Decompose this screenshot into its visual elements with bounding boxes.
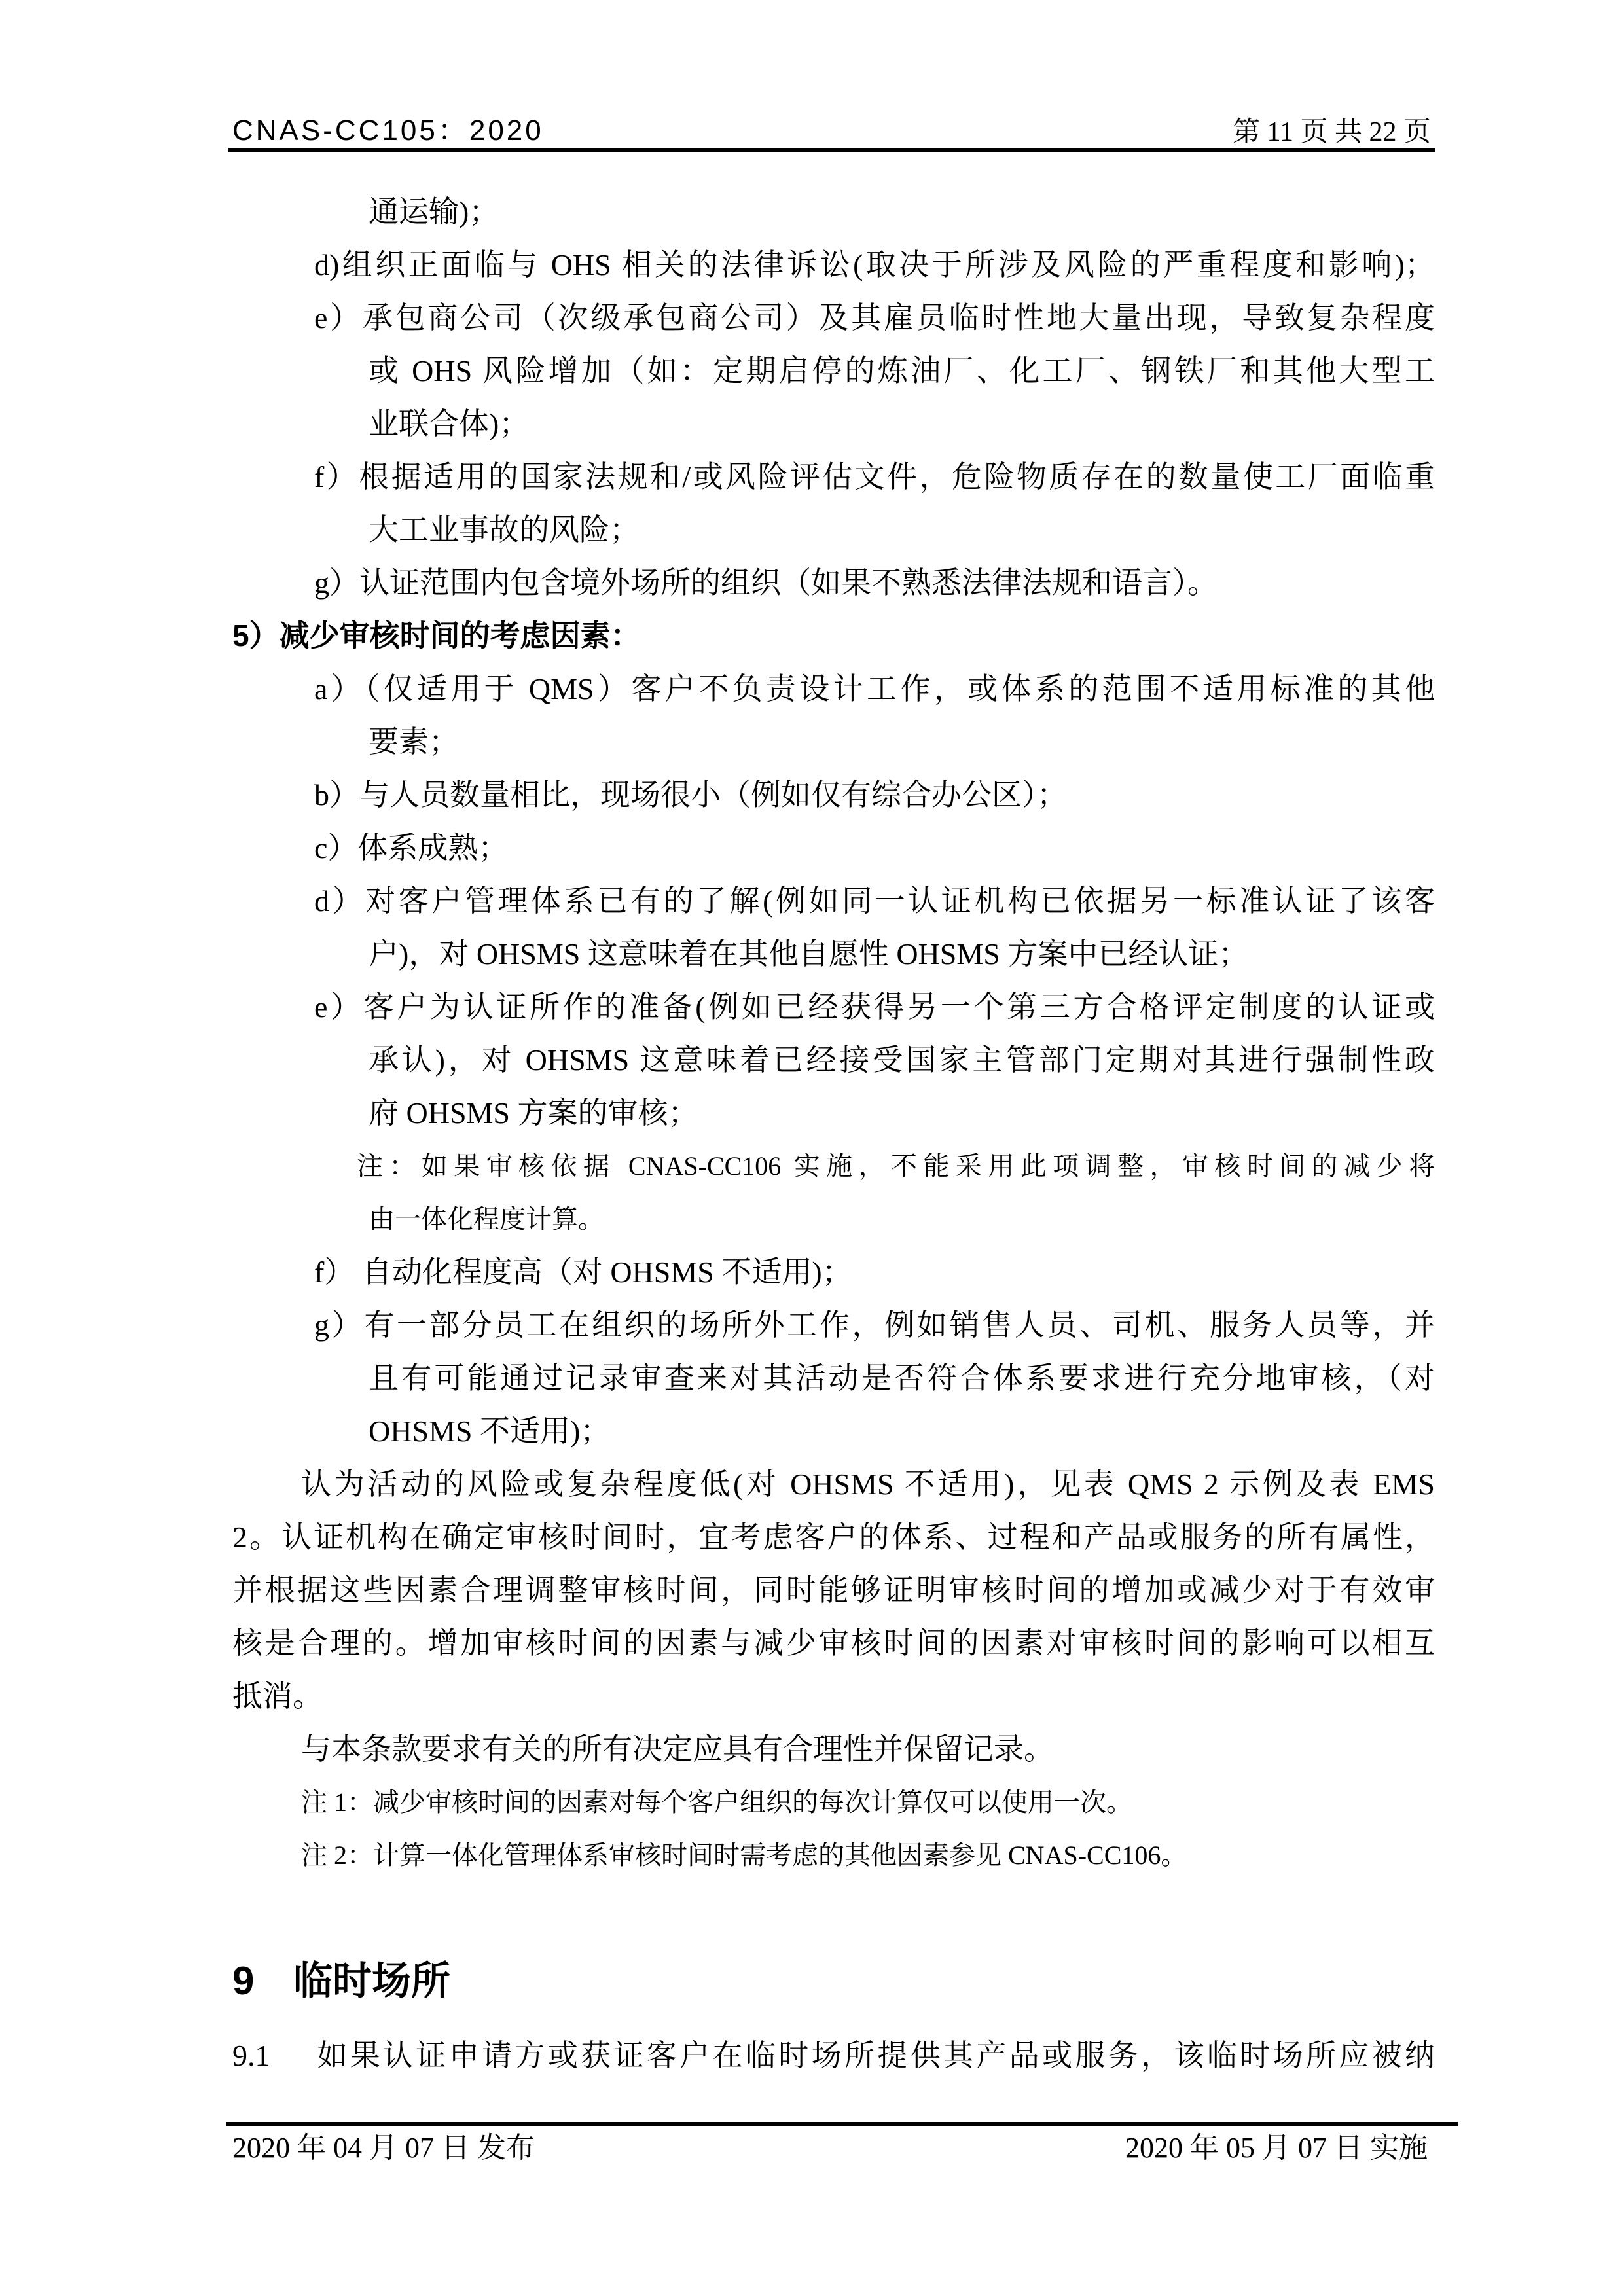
section-title: 临时场所 [293, 1959, 450, 2003]
text-line: g）有一部分员工在组织的场所外工作，例如销售人员、司机、服务人员等，并 [232, 1299, 1435, 1352]
footer-implement-date: 2020 年 05 月 07 日 实施 [1125, 2128, 1428, 2168]
text-line: 注 1：减少审核时间的因素对每个客户组织的每次计算仅可以使用一次。 [232, 1776, 1435, 1829]
text-line: 要素； [232, 715, 1435, 768]
text-line: 或 OHS 风险增加（如：定期启停的炼油厂、化工厂、钢铁厂和其他大型工 [232, 344, 1435, 397]
clause-9-1: 9.1如果认证申请方或获证客户在临时场所提供其产品或服务，该临时场所应被纳 [232, 2029, 1435, 2082]
text-line: 注：如果审核依据 CNAS-CC106 实施，不能采用此项调整，审核时间的减少将 [232, 1139, 1435, 1193]
text-line: d)组织正面临与 OHS 相关的法律诉讼(取决于所涉及风险的严重程度和影响)； [232, 238, 1435, 291]
text-line: b）与人员数量相比，现场很小（例如仅有综合办公区）； [232, 768, 1435, 821]
footer-rule [226, 2122, 1458, 2126]
text-line: 且有可能通过记录审查来对其活动是否符合体系要求进行充分地审核，（对 [232, 1352, 1435, 1405]
text-line: f）根据适用的国家法规和/或风险评估文件，危险物质存在的数量使工厂面临重 [232, 450, 1435, 503]
text-line: g）认证范围内包含境外场所的组织（如果不熟悉法律法规和语言）。 [232, 556, 1435, 609]
text-line: 通运输)； [232, 185, 1435, 238]
header-page-info: 第 11 页 共 22 页 [1233, 115, 1431, 149]
footer-issue-date: 2020 年 04 月 07 日 发布 [232, 2128, 535, 2168]
text-line: 注 2：计算一体化管理体系审核时间时需考虑的其他因素参见 CNAS-CC106。 [232, 1829, 1435, 1882]
header-doc-number: CNAS-CC105：2020 [232, 113, 544, 149]
text-line: 认为活动的风险或复杂程度低(对 OHSMS 不适用)，见表 QMS 2 示例及表… [232, 1458, 1435, 1511]
text-line: 与本条款要求有关的所有决定应具有合理性并保留记录。 [232, 1723, 1435, 1776]
text-line: 承认)，对 OHSMS 这意味着已经接受国家主管部门定期对其进行强制性政 [232, 1033, 1435, 1086]
text-line: c）体系成熟； [232, 821, 1435, 874]
section-heading: 9临时场所 [232, 1952, 450, 2011]
text-line: 业联合体)； [232, 397, 1435, 450]
text-line: 5）减少审核时间的考虑因素： [232, 609, 1435, 662]
text-line: 抵消。 [232, 1670, 1435, 1723]
text-line: 并根据这些因素合理调整审核时间，同时能够证明审核时间的增加或减少对于有效审 [232, 1564, 1435, 1617]
text-line: e）承包商公司（次级承包商公司）及其雇员临时性地大量出现，导致复杂程度 [232, 291, 1435, 344]
section-number: 9 [232, 1952, 293, 2011]
text-line: f） 自动化程度高（对 OHSMS 不适用)； [232, 1246, 1435, 1299]
text-line: OHSMS 不适用)； [232, 1405, 1435, 1458]
text-line: e）客户为认证所作的准备(例如已经获得另一个第三方合格评定制度的认证或 [232, 980, 1435, 1033]
text-line: 大工业事故的风险； [232, 503, 1435, 556]
text-line: d）对客户管理体系已有的了解(例如同一认证机构已依据另一标准认证了该客 [232, 874, 1435, 927]
text-line: 核是合理的。增加审核时间的因素与减少审核时间的因素对审核时间的影响可以相互 [232, 1617, 1435, 1670]
header-rule [228, 148, 1435, 152]
clause-number: 9.1 [232, 2029, 314, 2082]
text-line: 2。认证机构在确定审核时间时，宜考虑客户的体系、过程和产品或服务的所有属性， [232, 1511, 1435, 1564]
clause-text: 如果认证申请方或获证客户在临时场所提供其产品或服务，该临时场所应被纳 [314, 2039, 1435, 2072]
text-line: a）（仅适用于 QMS）客户不负责设计工作，或体系的范围不适用标准的其他 [232, 662, 1435, 715]
text-line: 户)，对 OHSMS 这意味着在其他自愿性 OHSMS 方案中已经认证； [232, 927, 1435, 980]
text-line: 府 OHSMS 方案的审核； [232, 1086, 1435, 1139]
document-page: CNAS-CC105：2020 第 11 页 共 22 页 通运输)；d)组织正… [0, 0, 1624, 2296]
text-line: 由一体化程度计算。 [232, 1193, 1435, 1246]
body-lines: 通运输)；d)组织正面临与 OHS 相关的法律诉讼(取决于所涉及风险的严重程度和… [232, 185, 1435, 1882]
